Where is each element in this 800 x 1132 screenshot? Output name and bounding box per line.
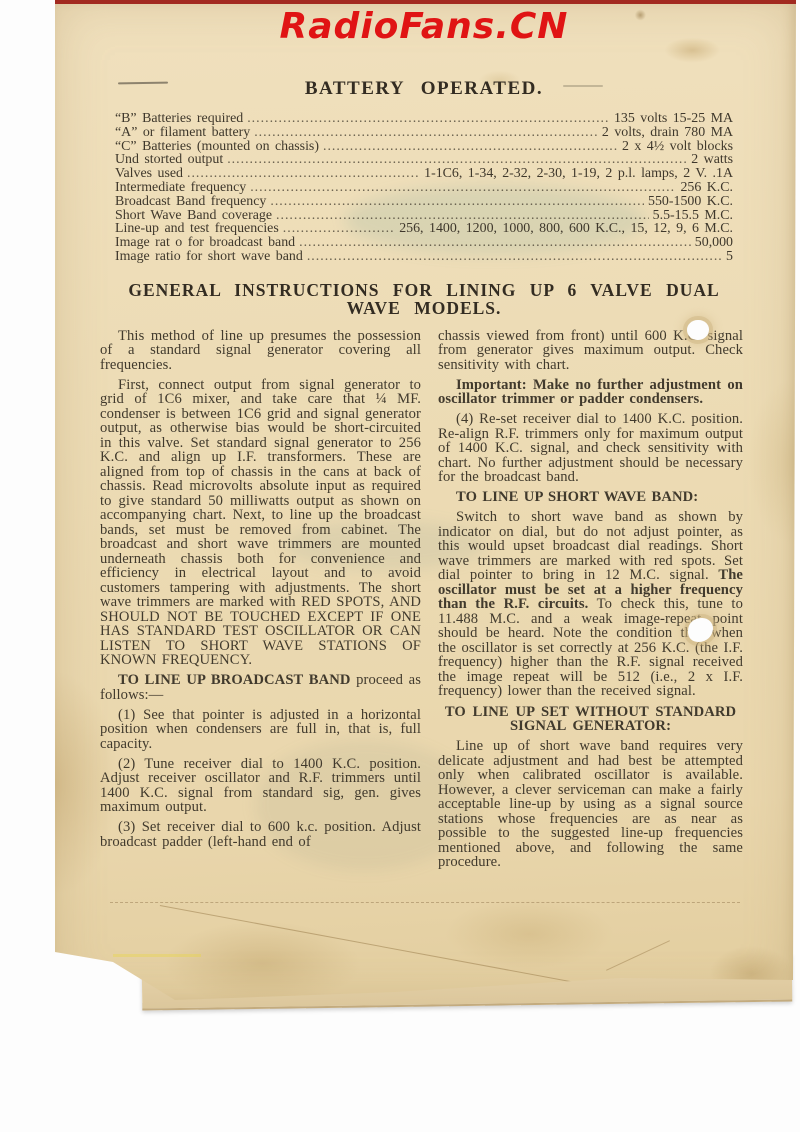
dot-leader xyxy=(270,195,644,209)
spec-row: Image rat o for broadcast band50,000 xyxy=(115,236,733,250)
page-title: BATTERY OPERATED. xyxy=(100,79,748,99)
spec-value: 2 watts xyxy=(691,153,733,167)
sub-heading: TO LINE UP BROADCAST BAND proceed as fol… xyxy=(100,673,421,702)
paragraph: (3) Set receiver dial to 600 k.c. positi… xyxy=(100,820,421,849)
spec-row: “A” or filament battery2 volts, drain 78… xyxy=(115,126,733,140)
spec-list: “B” Batteries required135 volts 15-25 MA… xyxy=(115,112,733,264)
spec-row: Image ratio for short wave band5 xyxy=(115,250,733,264)
yellow-streak xyxy=(113,954,201,957)
text-run: (2) Tune receiver dial to 1400 K.C. posi… xyxy=(100,756,421,816)
spec-label: Line-up and test frequencies xyxy=(115,222,279,236)
scanned-page: RadioFans.CN BATTERY OPERATED. “B” Batte… xyxy=(55,0,796,1004)
paragraph: (4) Re-set receiver dial to 1400 K.C. po… xyxy=(438,412,743,485)
text-run: TO LINE UP SET WITHOUT STANDARD SIGNAL G… xyxy=(445,704,736,735)
dot-leader xyxy=(299,236,691,250)
spec-value: 256, 1400, 1200, 1000, 800, 600 K.C., 15… xyxy=(399,222,733,236)
radiofans-watermark: RadioFans.CN xyxy=(100,0,748,52)
spec-value: 1-1C6, 1-34, 2-32, 2-30, 1-19, 2 p.l. la… xyxy=(424,167,733,181)
text-run: First, connect output from signal genera… xyxy=(100,377,421,669)
section-heading: GENERAL INSTRUCTIONS FOR LINING UP 6 VAL… xyxy=(100,281,748,318)
dot-leader xyxy=(250,181,676,195)
spec-value: 5.5-15.5 M.C. xyxy=(653,209,733,223)
spec-label: Image rat o for broadcast band xyxy=(115,236,295,250)
text-run: (4) Re-set receiver dial to 1400 K.C. po… xyxy=(438,411,743,485)
text-run: Switch to short wave band as shown by in… xyxy=(438,509,743,583)
spec-label: Intermediate frequency xyxy=(115,181,246,195)
text-run: This method of line up presumes the poss… xyxy=(100,328,421,373)
spec-row: Valves used1-1C6, 1-34, 2-32, 2-30, 1-19… xyxy=(115,167,733,181)
spec-value: 135 volts 15-25 MA xyxy=(614,112,733,126)
dot-leader xyxy=(227,153,687,167)
spec-label: Broadcast Band frequency xyxy=(115,195,266,209)
spec-row: “B” Batteries required135 volts 15-25 MA xyxy=(115,112,733,126)
fold-crease-small xyxy=(606,940,670,970)
spec-row: “C” Batteries (mounted on chassis)2 x 4½… xyxy=(115,140,733,154)
paper-hole-top xyxy=(687,320,709,340)
spec-row: Intermediate frequency256 K.C. xyxy=(115,181,733,195)
spec-label: “B” Batteries required xyxy=(115,112,243,126)
spec-label: Valves used xyxy=(115,167,183,181)
paragraph: (1) See that pointer is adjusted in a ho… xyxy=(100,708,421,752)
fold-crease-horizontal xyxy=(110,902,740,903)
text-run: TO LINE UP SHORT WAVE BAND: xyxy=(456,489,698,505)
spec-value: 550-1500 K.C. xyxy=(648,195,733,209)
sub-heading: TO LINE UP SHORT WAVE BAND: xyxy=(438,490,743,505)
dot-leader xyxy=(307,250,722,264)
dot-leader xyxy=(187,167,420,181)
spec-row: Line-up and test frequencies256, 1400, 1… xyxy=(115,222,733,236)
pencil-dash-right xyxy=(563,85,603,87)
spec-label: Short Wave Band coverage xyxy=(115,209,272,223)
dot-leader xyxy=(283,222,395,236)
text-run: (3) Set receiver dial to 600 k.c. positi… xyxy=(100,819,421,850)
spec-value: 50,000 xyxy=(695,236,733,250)
spec-value: 5 xyxy=(726,250,733,264)
paragraph: First, connect output from signal genera… xyxy=(100,378,421,668)
spec-label: “A” or filament battery xyxy=(115,126,250,140)
dot-leader xyxy=(276,209,649,223)
spec-value: 2 volts, drain 780 MA xyxy=(602,126,733,140)
paragraph: Switch to short wave band as shown by in… xyxy=(438,510,743,699)
spec-label: “C” Batteries (mounted on chassis) xyxy=(115,140,319,154)
spec-value: 2 x 4½ volt blocks xyxy=(622,140,733,154)
paragraph: Line up of short wave band requires very… xyxy=(438,739,743,870)
spec-row: Short Wave Band coverage5.5-15.5 M.C. xyxy=(115,209,733,223)
text-run: Important: Make no further adjustment on… xyxy=(438,377,743,408)
text-run: (1) See that pointer is adjusted in a ho… xyxy=(100,707,421,752)
spec-label: Und storted output xyxy=(115,153,223,167)
dot-leader xyxy=(247,112,610,126)
sub-heading: TO LINE UP SET WITHOUT STANDARD SIGNAL G… xyxy=(438,705,743,734)
spec-value: 256 K.C. xyxy=(680,181,733,195)
fold-crease-diagonal xyxy=(160,905,632,993)
right-column: chassis viewed from front) until 600 K.C… xyxy=(438,329,743,876)
paragraph: (2) Tune receiver dial to 1400 K.C. posi… xyxy=(100,757,421,815)
two-column-body: This method of line up presumes the poss… xyxy=(100,329,748,876)
left-column: This method of line up presumes the poss… xyxy=(100,329,421,876)
dot-leader xyxy=(254,126,598,140)
dot-leader xyxy=(323,140,618,154)
paragraph: Important: Make no further adjustment on… xyxy=(438,378,743,407)
text-run: Line up of short wave band requires very… xyxy=(438,738,743,870)
spec-row: Und storted output2 watts xyxy=(115,153,733,167)
paragraph: This method of line up presumes the poss… xyxy=(100,329,421,373)
text-run: To check this, tune to 11.488 M.C. and a… xyxy=(438,596,743,699)
spec-row: Broadcast Band frequency550-1500 K.C. xyxy=(115,195,733,209)
spec-label: Image ratio for short wave band xyxy=(115,250,303,264)
